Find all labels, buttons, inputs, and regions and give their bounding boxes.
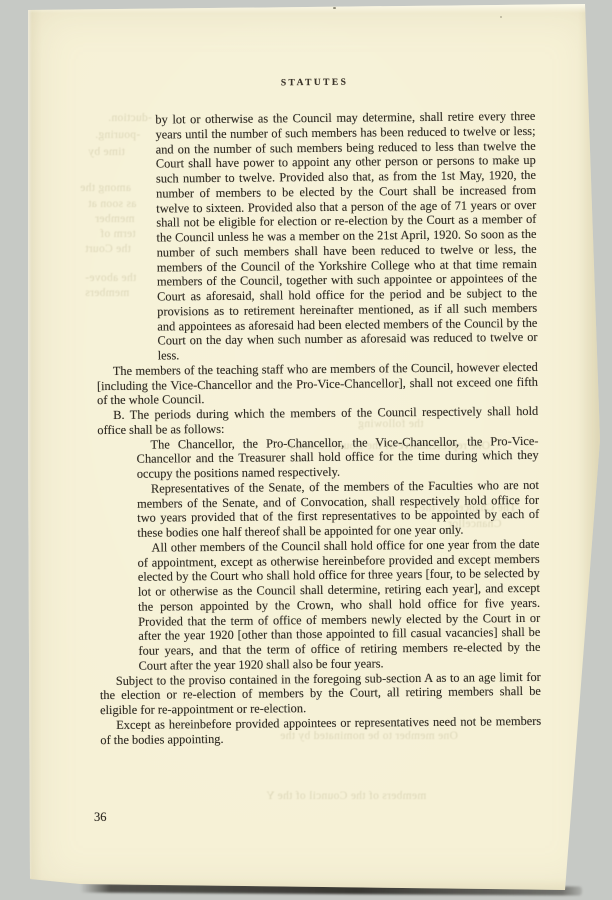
paragraph-senate-representatives-terms: Representatives of the Senate, of the me… — [98, 478, 540, 541]
show-through-fragment: members of the Council of the Y — [266, 790, 426, 802]
paragraph-chancellor-terms: The Chancellor, the Pro-Chancellor, the … — [97, 433, 538, 481]
page-text-column: STATUTES by lot or otherwise as the Coun… — [94, 76, 541, 747]
paragraph-section-b-heading: B. The periods during which the members … — [97, 404, 538, 438]
paragraph-statute-clause-continuation: by lot or otherwise as the Council may d… — [94, 109, 537, 364]
paragraph-age-limit-proviso: Subject to the proviso contained in the … — [100, 669, 541, 717]
page-number: 36 — [94, 810, 107, 825]
paragraph-teaching-staff-limit: The members of the teaching staff who ar… — [97, 360, 538, 408]
book-page: -duction.-pouring.time byamong theas soo… — [28, 4, 600, 896]
scanned-book-page-photo: -duction.-pouring.time byamong theas soo… — [0, 0, 612, 900]
paragraph-other-members-terms: All other members of the Council shall h… — [98, 537, 540, 674]
paragraph-appointees-note: Except as hereinbefore provided appointe… — [100, 714, 541, 748]
